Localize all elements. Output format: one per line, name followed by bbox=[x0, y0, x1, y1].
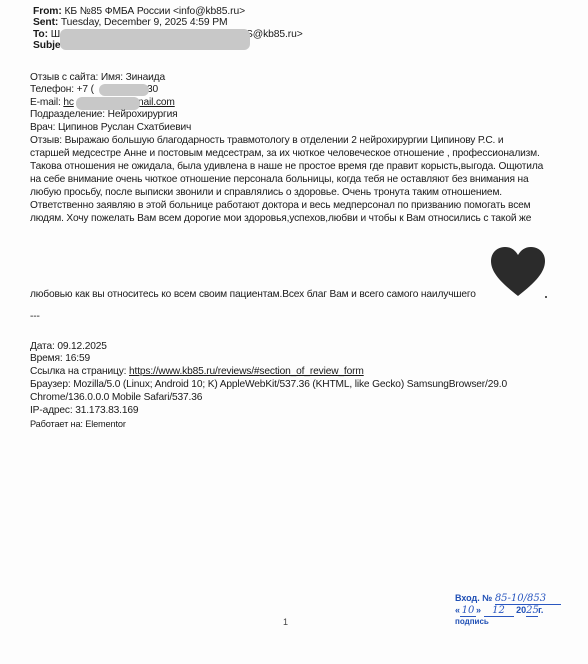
review-line: Ответственно заявляю в этой больнице раб… bbox=[30, 200, 531, 212]
incoming-stamp: Вход. № 85-10/853 «10» 12 2025г. подпись bbox=[455, 593, 561, 629]
review-line: Такова отношения не ожидала, была удивле… bbox=[30, 161, 543, 173]
browser-line-2: Chrome/136.0.0.0 Mobile Safari/537.36 bbox=[30, 392, 202, 404]
separator: --- bbox=[30, 311, 40, 323]
name-line: Отзыв с сайта: Имя: Зинаида bbox=[30, 72, 165, 84]
stamp-signature-label: подпись bbox=[455, 617, 561, 629]
ip-line: IP-адрес: 31.173.83.169 bbox=[30, 405, 138, 417]
email-link[interactable]: hc bbox=[63, 97, 73, 108]
email-link-end[interactable]: nail.com bbox=[138, 97, 175, 109]
email-line: E-mail: hc bbox=[30, 97, 74, 109]
phone-line: Телефон: +7 ( bbox=[30, 84, 94, 96]
time-line: Время: 16:59 bbox=[30, 353, 90, 365]
stamp-number-row: Вход. № 85-10/853 bbox=[455, 593, 561, 605]
from-label: From: bbox=[33, 6, 62, 17]
powered-line: Работает на: Elementor bbox=[30, 418, 126, 430]
to-label: To: bbox=[33, 29, 48, 40]
to-value-start: Ш bbox=[51, 29, 60, 40]
review-line: любую просьбу, после выписки звонили и с… bbox=[30, 187, 502, 199]
redaction-box bbox=[99, 84, 149, 96]
review-last-line: любовью как вы относитесь ко всем своим … bbox=[30, 289, 476, 301]
date-line: Дата: 09.12.2025 bbox=[30, 341, 107, 353]
stamp-date-row: «10» 12 2025г. bbox=[455, 605, 561, 617]
department-line: Подразделение: Нейрохирургия bbox=[30, 109, 178, 121]
heart-icon bbox=[490, 246, 546, 298]
review-line: на себе внимание очень чюткое отношение … bbox=[30, 174, 528, 186]
page-link[interactable]: https://www.kb85.ru/reviews/#section_of_… bbox=[129, 366, 364, 377]
from-value: КБ №85 ФМБА России <info@kb85.ru> bbox=[64, 6, 245, 17]
stamp-number: 85-10/853 bbox=[495, 593, 561, 605]
to-line: To: Ш bbox=[33, 29, 60, 40]
sent-label: Sent: bbox=[33, 17, 58, 28]
review-line: старшей медсестре Анне и постовым медсес… bbox=[30, 148, 540, 160]
page-number: 1 bbox=[283, 617, 288, 627]
sent-line: Sent: Tuesday, December 9, 2025 4:59 PM bbox=[33, 17, 228, 28]
review-line: Отзыв: Выражаю большую благодарность тра… bbox=[30, 135, 503, 147]
doctor-line: Врач: Ципинов Руслан Схатбиевич bbox=[30, 122, 191, 134]
sent-value: Tuesday, December 9, 2025 4:59 PM bbox=[61, 17, 228, 28]
scanned-page: From: КБ №85 ФМБА России <info@kb85.ru> … bbox=[0, 0, 588, 664]
page-link-line: Ссылка на страницу: https://www.kb85.ru/… bbox=[30, 366, 364, 378]
browser-line: Браузер: Mozilla/5.0 (Linux; Android 10;… bbox=[30, 379, 507, 391]
stray-dot bbox=[545, 296, 547, 298]
redaction-box bbox=[60, 29, 250, 50]
review-line: людям. Хочу пожелать Вам всем дорогие мо… bbox=[30, 213, 531, 225]
from-line: From: КБ №85 ФМБА России <info@kb85.ru> bbox=[33, 6, 245, 17]
to-value-end: S@kb85.ru> bbox=[246, 29, 303, 40]
